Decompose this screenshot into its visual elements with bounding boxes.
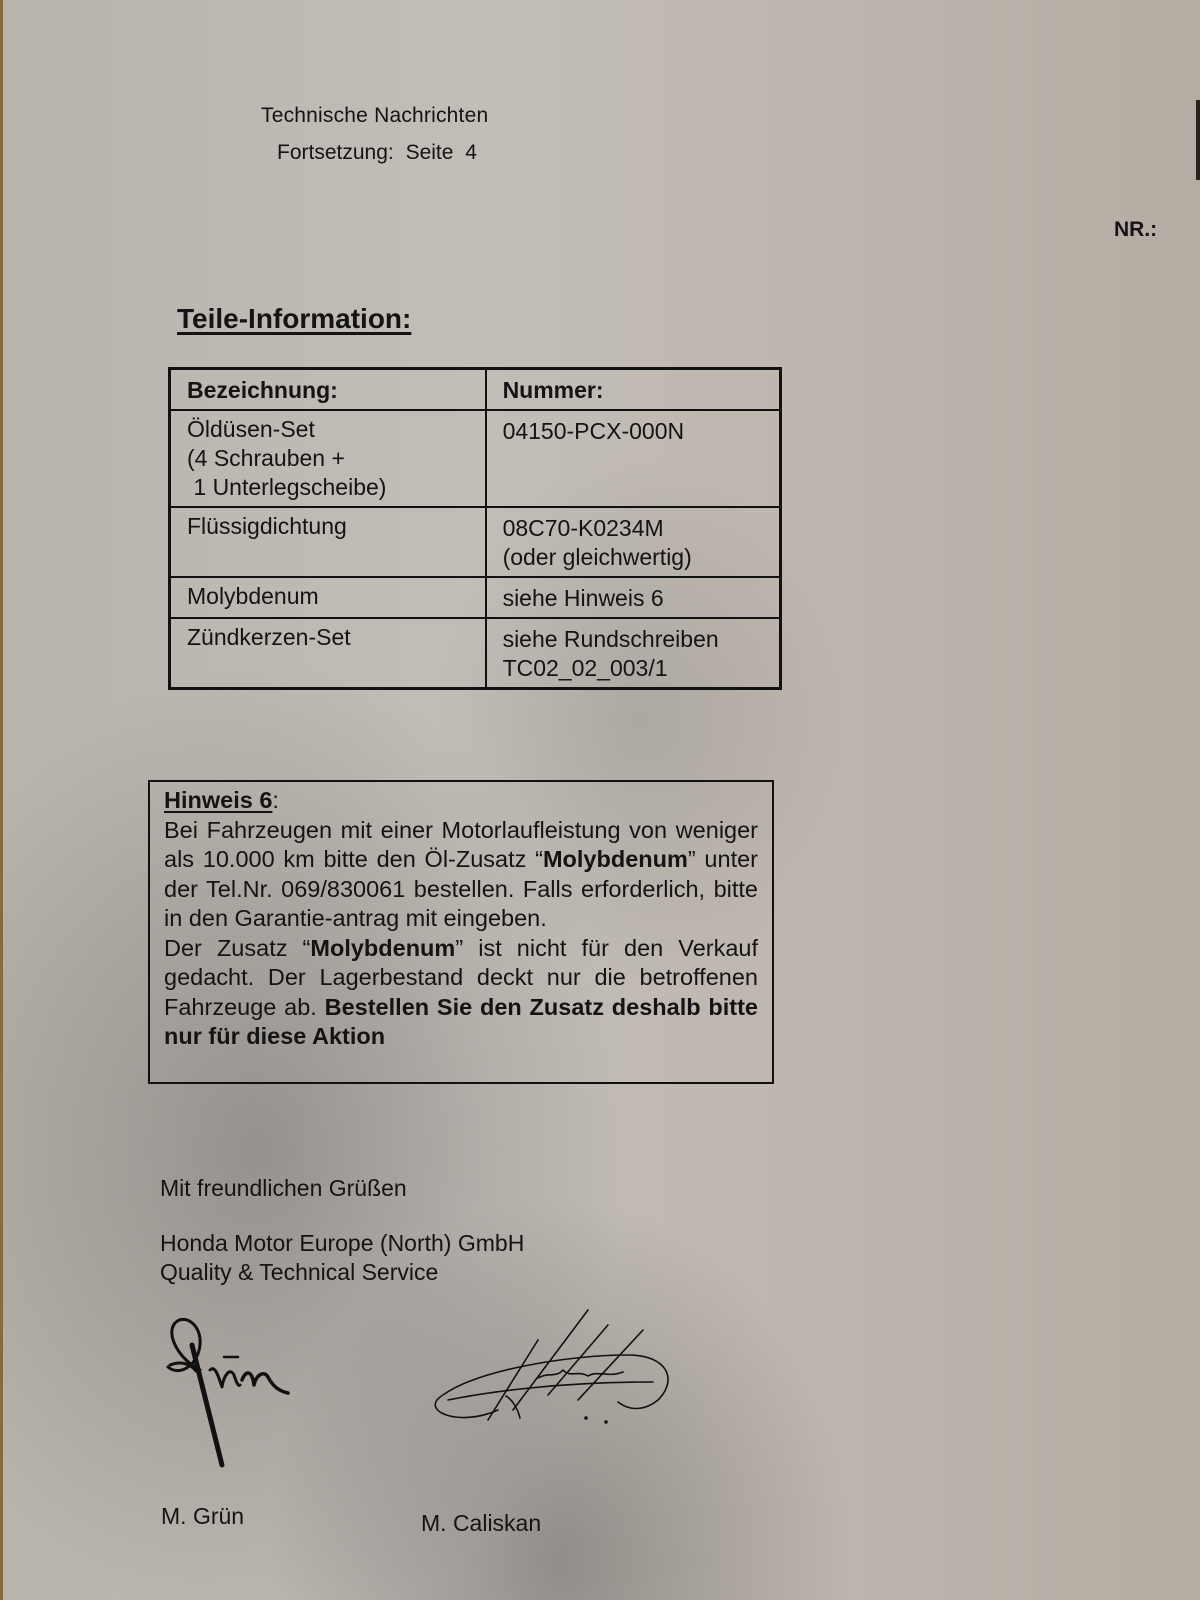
department-name: Quality & Technical Service — [160, 1258, 524, 1287]
continuation-label: Fortsetzung: — [277, 141, 394, 164]
cell-part-number: 04150-PCX-000N — [486, 410, 781, 507]
signature-caliskan — [428, 1300, 678, 1440]
cell-designation: Molybdenum — [170, 577, 486, 618]
document-header-title: Technische Nachrichten — [261, 104, 488, 128]
closing-greeting: Mit freundlichen Grüßen — [160, 1175, 407, 1202]
table-header-row: Bezeichnung: Nummer: — [170, 369, 781, 411]
table-row: Zündkerzen-Setsiehe RundschreibenTC02_02… — [170, 618, 781, 689]
note-paragraph-1: Bei Fahrzeugen mit einer Motorlaufleistu… — [164, 816, 758, 934]
table-row: Molybdenumsiehe Hinweis 6 — [170, 577, 781, 618]
signature-gruen — [160, 1315, 310, 1475]
company-name: Honda Motor Europe (North) GmbH — [160, 1229, 524, 1258]
column-header-designation: Bezeichnung: — [170, 369, 486, 411]
table-row: Flüssigdichtung08C70-K0234M(oder gleichw… — [170, 507, 781, 577]
document-page: Technische Nachrichten Fortsetzung: Seit… — [0, 0, 1200, 1600]
page-continuation: Fortsetzung: Seite 4 — [277, 141, 477, 165]
paper-edge — [0, 0, 3, 1600]
note-paragraph-2: Der Zusatz “Molybdenum” ist nicht für de… — [164, 934, 758, 1052]
page-edge-mark — [1196, 100, 1200, 180]
parts-table: Bezeichnung: Nummer: Öldüsen-Set(4 Schra… — [168, 367, 782, 690]
company-block: Honda Motor Europe (North) GmbH Quality … — [160, 1229, 524, 1287]
cell-part-number: siehe Hinweis 6 — [486, 577, 781, 618]
note-title: Hinweis 6 — [164, 787, 272, 813]
table-row: Öldüsen-Set(4 Schrauben + 1 Unterlegsche… — [170, 410, 781, 507]
cell-designation: Flüssigdichtung — [170, 507, 486, 577]
cell-designation: Öldüsen-Set(4 Schrauben + 1 Unterlegsche… — [170, 410, 486, 507]
section-title-parts: Teile-Information: — [177, 303, 411, 335]
cell-part-number: 08C70-K0234M(oder gleichwertig) — [486, 507, 781, 577]
page-number: Seite 4 — [406, 141, 477, 164]
signatory-name-1: M. Grün — [161, 1503, 244, 1530]
signatory-name-2: M. Caliskan — [421, 1510, 541, 1537]
note-box-hinweis-6: Hinweis 6: Bei Fahrzeugen mit einer Moto… — [148, 780, 774, 1084]
column-header-number: Nummer: — [486, 369, 781, 411]
cell-part-number: siehe RundschreibenTC02_02_003/1 — [486, 618, 781, 689]
nr-label: NR.: — [1114, 218, 1157, 242]
cell-designation: Zündkerzen-Set — [170, 618, 486, 689]
